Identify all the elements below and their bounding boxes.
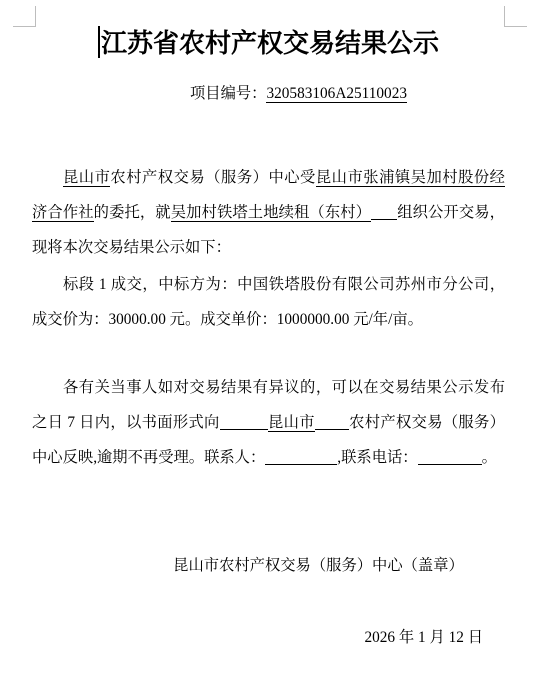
- page-margin-mark-top-left-icon: [13, 6, 36, 27]
- text-line[interactable]: 标段 1 成交，中标方为：中国铁塔股份有限公司苏州市分公司，: [32, 267, 505, 302]
- project-number-label: 项目编号：: [190, 85, 267, 102]
- text-run: 农村产权交易（服务）中心受: [110, 169, 315, 186]
- blank-underline: [371, 204, 397, 220]
- text-run: 的委托，就: [94, 204, 171, 221]
- text-run: 现将本次交易结果公示如下：: [32, 239, 231, 256]
- underlined-run: 吴加村铁塔土地续租（东村）: [171, 204, 371, 222]
- text-line[interactable]: 之日 7 日内，以书面形式向昆山市农村产权交易（服务）: [32, 405, 505, 440]
- underlined-run: 昆山市: [63, 169, 110, 187]
- text-line[interactable]: 现将本次交易结果公示如下：: [32, 230, 505, 265]
- text-run: ,联系电话：: [337, 449, 417, 466]
- text-run: 之日 7 日内，以书面形式向: [32, 414, 220, 431]
- paragraph-objection-notice: 各有关当事人如对交易结果有异议的，可以在交易结果公示发布之日 7 日内，以书面形…: [32, 370, 505, 475]
- text-run: 农村产权交易（服务）: [349, 414, 505, 431]
- text-run: 标段 1 成交，中标方为：中国铁塔股份有限公司苏州市分公司，: [63, 276, 505, 293]
- project-number-value: 320583106A25110023: [266, 85, 407, 103]
- underlined-run: 昆山市: [268, 414, 315, 432]
- page-margin-mark-top-right-icon: [504, 6, 527, 27]
- project-number-row[interactable]: 项目编号：320583106A25110023: [62, 76, 535, 111]
- text-line[interactable]: 成交价为：30000.00 元。成交单价：1000000.00 元/年/亩。: [32, 302, 505, 337]
- blank-underline: [220, 414, 268, 430]
- text-cursor: [98, 26, 100, 58]
- underlined-run: 济合作社: [32, 204, 94, 222]
- paragraph-commission-intro: 昆山市农村产权交易（服务）中心受昆山市张浦镇吴加村股份经济合作社的委托，就吴加村…: [32, 160, 505, 265]
- signature-line[interactable]: 昆山市农村产权交易（服务）中心（盖章）: [82, 548, 537, 583]
- text-line[interactable]: 济合作社的委托，就吴加村铁塔土地续租（东村）组织公开交易，: [32, 195, 505, 230]
- text-run: 成交价为：30000.00 元。成交单价：1000000.00 元/年/亩。: [32, 311, 423, 328]
- date-line[interactable]: 2026 年 1 月 12 日: [32, 620, 505, 655]
- document-title-row[interactable]: 江苏省农村产权交易结果公示: [32, 22, 505, 64]
- text-run: 。: [482, 449, 497, 466]
- text-line[interactable]: 各有关当事人如对交易结果有异议的，可以在交易结果公示发布: [32, 370, 505, 405]
- underlined-run: 昆山市张浦镇吴加村股份经: [316, 169, 505, 187]
- blank-underline: [315, 414, 349, 430]
- text-line[interactable]: 昆山市农村产权交易（服务）中心受昆山市张浦镇吴加村股份经: [32, 160, 505, 195]
- document-title: 江苏省农村产权交易结果公示: [101, 28, 439, 58]
- text-run: 组织公开交易，: [397, 204, 505, 221]
- text-run: 各有关当事人如对交易结果有异议的，可以在交易结果公示发布: [63, 379, 505, 396]
- word-document-page: 江苏省农村产权交易结果公示 项目编号：320583106A25110023 昆山…: [0, 0, 537, 673]
- blank-underline: [418, 449, 482, 465]
- blank-underline: [265, 449, 337, 465]
- text-line[interactable]: 中心反映,逾期不再受理。联系人：,联系电话：。: [32, 440, 505, 475]
- text-run: 中心反映,逾期不再受理。联系人：: [32, 449, 265, 466]
- paragraph-transaction-result: 标段 1 成交，中标方为：中国铁塔股份有限公司苏州市分公司，成交价为：30000…: [32, 267, 505, 337]
